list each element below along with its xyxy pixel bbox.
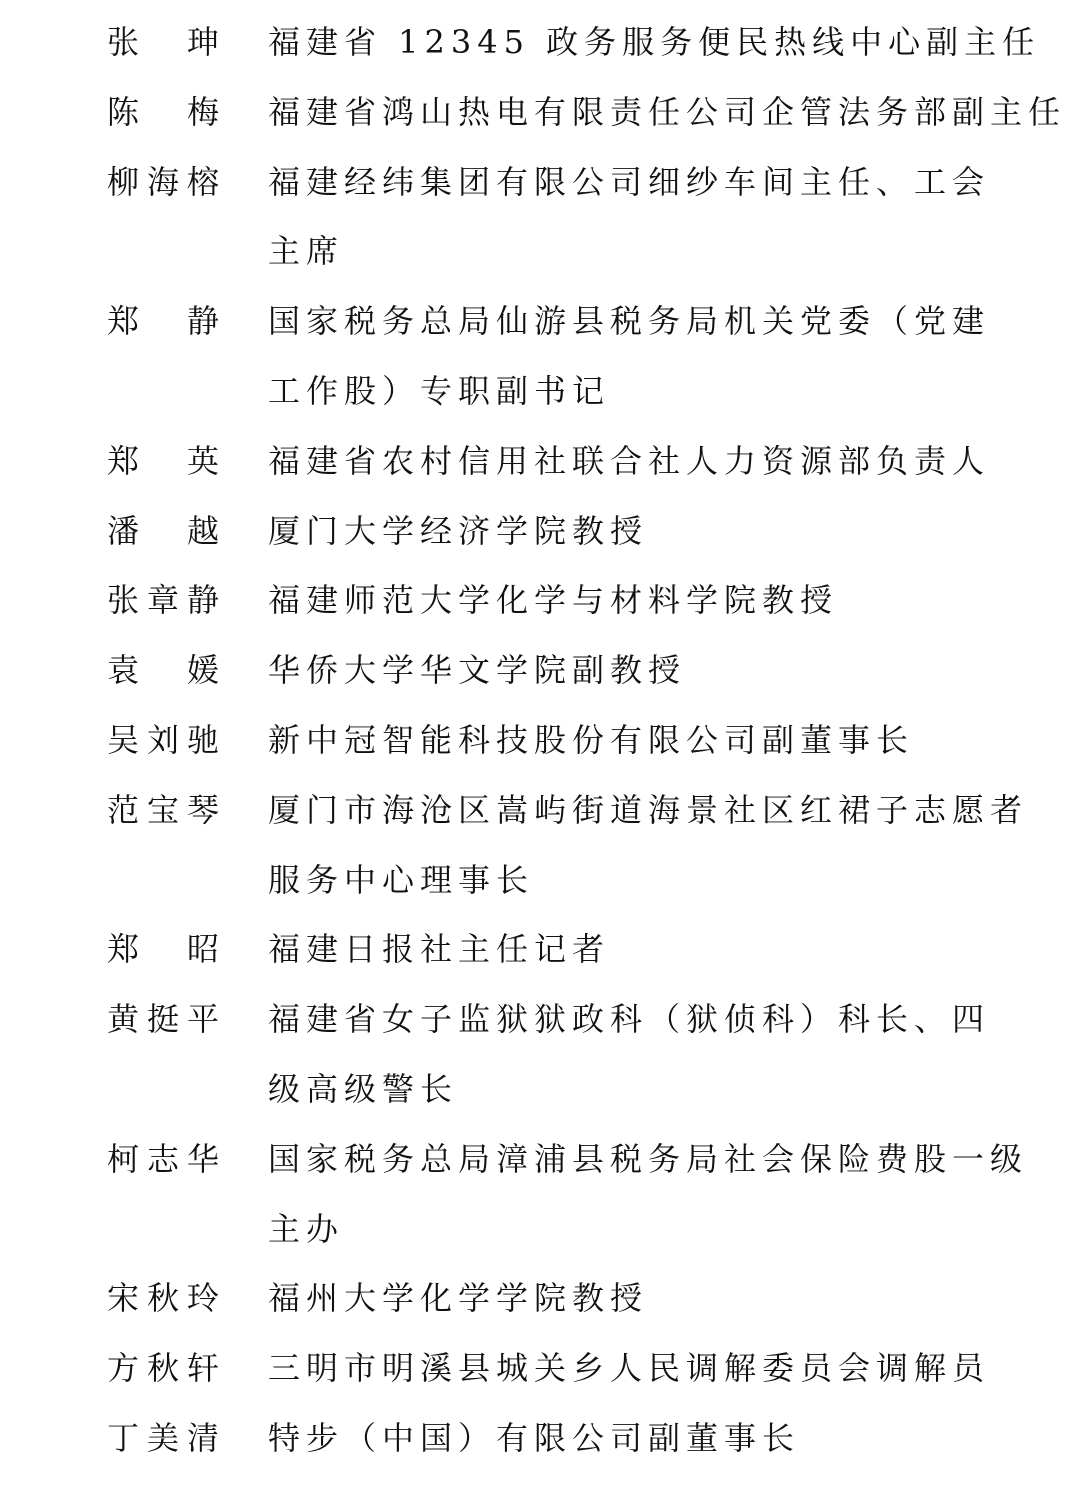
person-name: 郑静: [107, 287, 219, 357]
person-name-part: 郑: [107, 427, 139, 497]
person-title-line: 三明市明溪县城关乡人民调解委员会调解员: [268, 1334, 1058, 1404]
person-title: 福州大学化学学院教授: [268, 1264, 1058, 1334]
person-name-part: 郑: [107, 915, 139, 985]
person-title-line: 主席: [268, 217, 1058, 287]
person-name-part: 柳海榕: [107, 148, 227, 218]
person-name-part: 范宝琴: [107, 776, 227, 846]
person-title-line: 主办: [268, 1195, 1058, 1265]
person-title-line: 工作股）专职副书记: [268, 357, 1058, 427]
person-title-line: 福建经纬集团有限公司细纱车间主任、工会: [268, 148, 1058, 218]
person-title: 福建省 12345 政务服务便民热线中心副主任: [268, 8, 1058, 78]
person-name: 郑英: [107, 427, 219, 497]
person-name-part: 宋秋玲: [107, 1264, 227, 1334]
person-name-part: 黄挺平: [107, 985, 227, 1055]
person-title: 福建经纬集团有限公司细纱车间主任、工会主席: [268, 148, 1058, 288]
person-name: 潘越: [107, 497, 219, 567]
person-name-part: 张章静: [107, 566, 227, 636]
person-name-part: 昭: [187, 915, 219, 985]
list-item: 陈梅福建省鸿山热电有限责任公司企管法务部副主任: [0, 78, 1080, 148]
person-title: 福建省女子监狱狱政科（狱侦科）科长、四级高级警长: [268, 985, 1058, 1125]
list-item: 范宝琴厦门市海沧区嵩屿街道海景社区红裙子志愿者服务中心理事长: [0, 776, 1080, 916]
person-name: 范宝琴: [107, 776, 219, 846]
list-item: 柳海榕福建经纬集团有限公司细纱车间主任、工会主席: [0, 148, 1080, 288]
person-name-part: 袁: [107, 636, 139, 706]
person-title: 厦门市海沧区嵩屿街道海景社区红裙子志愿者服务中心理事长: [268, 776, 1058, 916]
person-name-part: 张: [107, 8, 139, 78]
list-item: 郑静国家税务总局仙游县税务局机关党委（党建工作股）专职副书记: [0, 287, 1080, 427]
person-title: 国家税务总局仙游县税务局机关党委（党建工作股）专职副书记: [268, 287, 1058, 427]
list-item: 宋秋玲福州大学化学学院教授: [0, 1264, 1080, 1334]
person-name: 丁美清: [107, 1404, 219, 1474]
person-name-part: 珅: [187, 8, 219, 78]
person-name-part: 柯志华: [107, 1125, 227, 1195]
person-name-part: 英: [187, 427, 219, 497]
person-title: 福建省鸿山热电有限责任公司企管法务部副主任: [268, 78, 1058, 148]
person-title: 三明市明溪县城关乡人民调解委员会调解员: [268, 1334, 1058, 1404]
person-name: 张章静: [107, 566, 219, 636]
person-title-line: 级高级警长: [268, 1055, 1058, 1125]
person-name-part: 越: [187, 497, 219, 567]
list-item: 黄挺平福建省女子监狱狱政科（狱侦科）科长、四级高级警长: [0, 985, 1080, 1125]
person-title-line: 福建省农村信用社联合社人力资源部负责人: [268, 427, 1058, 497]
list-item: 郑昭福建日报社主任记者: [0, 915, 1080, 985]
person-title-line: 福州大学化学学院教授: [268, 1264, 1058, 1334]
person-name: 柯志华: [107, 1125, 219, 1195]
list-item: 袁媛华侨大学华文学院副教授: [0, 636, 1080, 706]
list-item: 张章静福建师范大学化学与材料学院教授: [0, 566, 1080, 636]
person-name-part: 陈: [107, 78, 139, 148]
list-item: 柯志华国家税务总局漳浦县税务局社会保险费股一级主办: [0, 1125, 1080, 1265]
person-name: 方秋轩: [107, 1334, 219, 1404]
person-name: 吴刘驰: [107, 706, 219, 776]
list-item: 郑英福建省农村信用社联合社人力资源部负责人: [0, 427, 1080, 497]
list-item: 丁美清特步（中国）有限公司副董事长: [0, 1404, 1080, 1474]
person-title: 华侨大学华文学院副教授: [268, 636, 1058, 706]
person-name-part: 静: [187, 287, 219, 357]
honoree-list: 张珅福建省 12345 政务服务便民热线中心副主任陈梅福建省鸿山热电有限责任公司…: [0, 8, 1080, 1474]
person-title-line: 国家税务总局仙游县税务局机关党委（党建: [268, 287, 1058, 357]
person-title: 厦门大学经济学院教授: [268, 497, 1058, 567]
person-title: 福建师范大学化学与材料学院教授: [268, 566, 1058, 636]
person-title-line: 福建日报社主任记者: [268, 915, 1058, 985]
list-item: 张珅福建省 12345 政务服务便民热线中心副主任: [0, 8, 1080, 78]
person-title: 新中冠智能科技股份有限公司副董事长: [268, 706, 1058, 776]
person-title-line: 福建师范大学化学与材料学院教授: [268, 566, 1058, 636]
list-item: 潘越厦门大学经济学院教授: [0, 497, 1080, 567]
list-item: 方秋轩三明市明溪县城关乡人民调解委员会调解员: [0, 1334, 1080, 1404]
person-name: 黄挺平: [107, 985, 219, 1055]
person-name: 陈梅: [107, 78, 219, 148]
person-title-line: 国家税务总局漳浦县税务局社会保险费股一级: [268, 1125, 1058, 1195]
person-title-line: 福建省女子监狱狱政科（狱侦科）科长、四: [268, 985, 1058, 1055]
person-name-part: 方秋轩: [107, 1334, 227, 1404]
person-title-line: 华侨大学华文学院副教授: [268, 636, 1058, 706]
person-title: 特步（中国）有限公司副董事长: [268, 1404, 1058, 1474]
person-name-part: 郑: [107, 287, 139, 357]
person-name: 张珅: [107, 8, 219, 78]
person-name-part: 丁美清: [107, 1404, 227, 1474]
person-title: 国家税务总局漳浦县税务局社会保险费股一级主办: [268, 1125, 1058, 1265]
person-name-part: 潘: [107, 497, 139, 567]
person-title-line: 新中冠智能科技股份有限公司副董事长: [268, 706, 1058, 776]
person-name: 郑昭: [107, 915, 219, 985]
person-title-line: 福建省 12345 政务服务便民热线中心副主任: [268, 8, 1058, 78]
person-name-part: 吴刘驰: [107, 706, 227, 776]
person-name: 宋秋玲: [107, 1264, 219, 1334]
person-name-part: 媛: [187, 636, 219, 706]
person-title: 福建省农村信用社联合社人力资源部负责人: [268, 427, 1058, 497]
person-title: 福建日报社主任记者: [268, 915, 1058, 985]
person-title-line: 服务中心理事长: [268, 846, 1058, 916]
person-title-line: 厦门大学经济学院教授: [268, 497, 1058, 567]
person-title-line: 福建省鸿山热电有限责任公司企管法务部副主任: [268, 78, 1058, 148]
person-name: 袁媛: [107, 636, 219, 706]
person-title-line: 厦门市海沧区嵩屿街道海景社区红裙子志愿者: [268, 776, 1058, 846]
person-name-part: 梅: [187, 78, 219, 148]
list-item: 吴刘驰新中冠智能科技股份有限公司副董事长: [0, 706, 1080, 776]
person-title-line: 特步（中国）有限公司副董事长: [268, 1404, 1058, 1474]
person-name: 柳海榕: [107, 148, 219, 218]
